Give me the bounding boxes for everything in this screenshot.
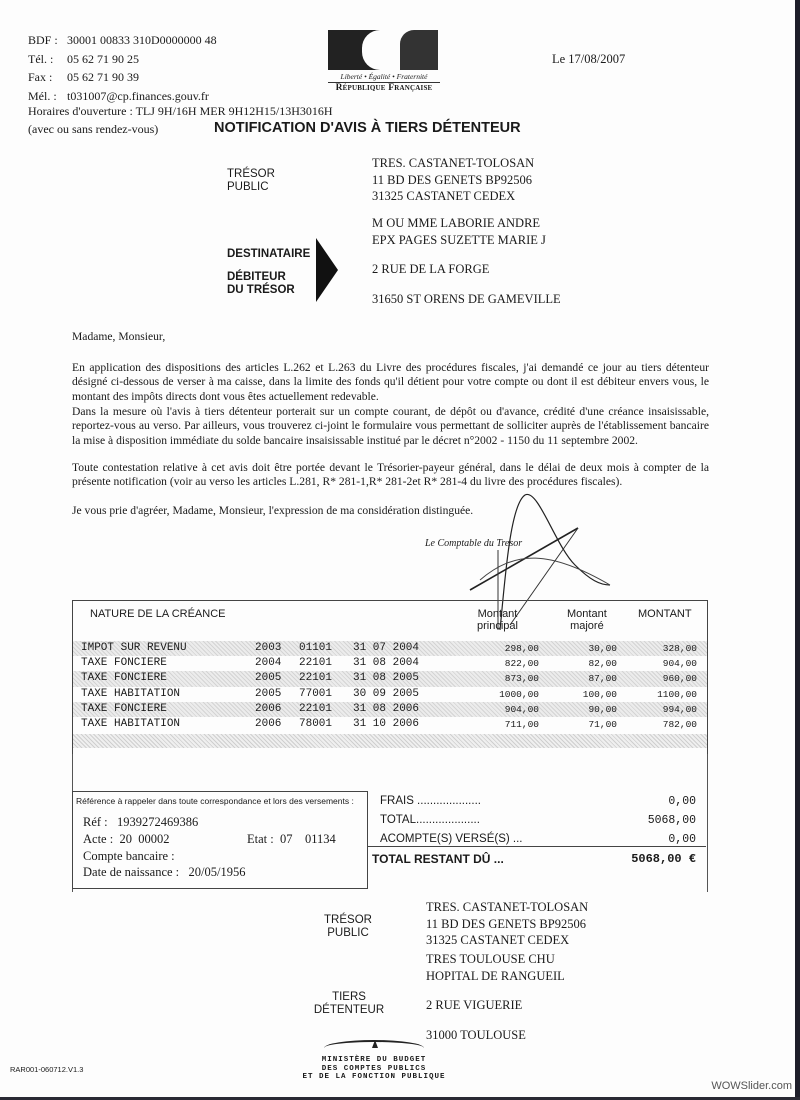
tresor-address-bottom: TRES. CASTANET-TOLOSAN 11 BD DES GENETS … [426, 899, 588, 949]
cell-nature: TAXE FONCIERE [81, 671, 167, 686]
cell-majore: 71,00 [588, 717, 617, 732]
cell-majore: 87,00 [588, 671, 617, 686]
contact-bdf: BDF : 30001 00833 310D0000000 48 [28, 31, 217, 50]
cell-due: 31 07 2004 [353, 641, 419, 656]
header-nature: NATURE DE LA CRÉANCE [90, 608, 226, 620]
header-majore: Montant majoré [567, 608, 607, 632]
cell-montant: 328,00 [663, 641, 697, 656]
debtor-label: DÉBITEUR DU TRÉSOR [227, 271, 295, 297]
cell-nature: TAXE FONCIERE [81, 656, 167, 671]
cell-montant: 960,00 [663, 671, 697, 686]
cell-principal: 711,00 [505, 717, 539, 732]
cell-year: 2006 [255, 717, 281, 732]
cell-year: 2003 [255, 641, 281, 656]
cell-year: 2004 [255, 656, 281, 671]
paragraph-3: Toute contestation relative à cet avis d… [72, 461, 709, 490]
header-principal: Montant principal [477, 608, 518, 632]
marianne-icon [328, 30, 440, 70]
cell-due: 31 08 2005 [353, 671, 419, 686]
republique-francaise-logo: Liberté • Égalité • Fraternité Républiqu… [328, 30, 440, 93]
reference-box: Référence à rappeler dans toute correspo… [72, 791, 368, 889]
cell-due: 31 10 2006 [353, 717, 419, 732]
table-shading [73, 734, 707, 748]
form-version: RAR001-060712.V1.3 [10, 1065, 83, 1074]
acte-number: Acte : 20 00002 [83, 832, 169, 847]
cell-nature: TAXE HABITATION [81, 687, 180, 702]
cell-code: 01101 [299, 641, 332, 656]
claims-table-body: IMPOT SUR REVENU20030110131 07 2004298,0… [73, 641, 707, 732]
recipient-name: M OU MME LABORIE ANDRE EPX PAGES SUZETTE… [372, 215, 546, 248]
recipient-city: 31650 ST ORENS DE GAMEVILLE [372, 291, 561, 308]
bank-account: Compte bancaire : [83, 849, 175, 864]
reference-number: Réf : 1939272469386 [83, 815, 198, 830]
total-value: 5068,00 [648, 814, 696, 827]
recipient-street: 2 RUE DE LA FORGE [372, 261, 489, 278]
reference-caption: Référence à rappeler dans toute correspo… [76, 796, 354, 806]
cell-due: 31 08 2006 [353, 702, 419, 717]
cell-montant: 1100,00 [657, 687, 697, 702]
restant-label: TOTAL RESTANT DÛ ... [372, 852, 504, 866]
cell-principal: 298,00 [505, 641, 539, 656]
paragraph-1: En application des dispositions des arti… [72, 361, 709, 404]
cell-nature: TAXE HABITATION [81, 717, 180, 732]
table-row: TAXE FONCIERE20062210131 08 2006904,0090… [73, 702, 707, 717]
etat-number: Etat : 07 01134 [247, 832, 336, 847]
cell-principal: 822,00 [505, 656, 539, 671]
claims-table-header: NATURE DE LA CRÉANCE Montant principal M… [73, 601, 707, 641]
cell-year: 2005 [255, 671, 281, 686]
tiers-label: TIERS DÉTENTEUR [304, 991, 394, 1017]
totals-divider [368, 846, 706, 847]
cell-year: 2005 [255, 687, 281, 702]
cell-majore: 30,00 [588, 641, 617, 656]
ministere-logo: MINISTÈRE DU BUDGET DES COMPTES PUBLICS … [294, 1040, 454, 1082]
table-row: TAXE FONCIERE20042210131 08 2004822,0082… [73, 656, 707, 671]
table-row: TAXE HABITATION20057700130 09 20051000,0… [73, 687, 707, 702]
total-label: TOTAL.................... [380, 814, 480, 826]
contact-tel: Tél. : 05 62 71 90 25 [28, 50, 217, 69]
cell-due: 30 09 2005 [353, 687, 419, 702]
contact-fax: Fax : 05 62 71 90 39 [28, 68, 217, 87]
birth-date: Date de naissance : 20/05/1956 [83, 865, 245, 880]
cell-code: 78001 [299, 717, 332, 732]
opening-hours: Horaires d'ouverture : TLJ 9H/16H MER 9H… [28, 104, 333, 119]
restant-value: 5068,00 € [631, 852, 696, 866]
cell-code: 22101 [299, 702, 332, 717]
cell-principal: 873,00 [505, 671, 539, 686]
cell-year: 2006 [255, 702, 281, 717]
arrow-right-icon [316, 238, 338, 302]
contact-block: BDF : 30001 00833 310D0000000 48 Tél. : … [28, 31, 217, 105]
sender-label: TRÉSOR PUBLIC [227, 168, 275, 194]
cell-majore: 82,00 [588, 656, 617, 671]
cell-principal: 904,00 [505, 702, 539, 717]
tiers-name: TRES TOULOUSE CHU HOPITAL DE RANGUEIL [426, 951, 565, 984]
frais-value: 0,00 [668, 795, 696, 808]
recipient-label: DESTINATAIRE [227, 248, 310, 261]
acompte-label: ACOMPTE(S) VERSÉ(S) ... [380, 833, 523, 845]
cell-due: 31 08 2004 [353, 656, 419, 671]
cell-majore: 100,00 [583, 687, 617, 702]
paragraph-2: Dans la mesure où l'avis à tiers détente… [72, 405, 709, 448]
table-row: IMPOT SUR REVENU20030110131 07 2004298,0… [73, 641, 707, 656]
page-edge-right [795, 0, 800, 1100]
cell-code: 22101 [299, 671, 332, 686]
acompte-value: 0,00 [668, 833, 696, 846]
table-row: TAXE HABITATION20067800131 10 2006711,00… [73, 717, 707, 732]
contact-email: Mél. : t031007@cp.finances.gouv.fr [28, 87, 217, 106]
cell-code: 22101 [299, 656, 332, 671]
cell-montant: 904,00 [663, 656, 697, 671]
tresor-label-bottom: TRÉSOR PUBLIC [318, 914, 378, 940]
frais-label: FRAIS .................... [380, 795, 481, 807]
watermark: WOWSlider.com [711, 1080, 792, 1092]
cell-nature: IMPOT SUR REVENU [81, 641, 187, 656]
cell-montant: 994,00 [663, 702, 697, 717]
cell-principal: 1000,00 [499, 687, 539, 702]
salutation: Madame, Monsieur, [72, 330, 709, 344]
tiers-street: 2 RUE VIGUERIE [426, 997, 522, 1014]
cell-majore: 90,00 [588, 702, 617, 717]
claims-table: NATURE DE LA CRÉANCE Montant principal M… [72, 600, 708, 755]
appointment-note: (avec ou sans rendez-vous) [28, 122, 158, 137]
document-date: Le 17/08/2007 [552, 52, 625, 67]
cell-code: 77001 [299, 687, 332, 702]
logo-name: République Française [328, 83, 440, 93]
logo-motto: Liberté • Égalité • Fraternité [328, 72, 440, 83]
header-montant: MONTANT [638, 608, 692, 620]
sender-address: TRES. CASTANET-TOLOSAN 11 BD DES GENETS … [372, 155, 534, 205]
cell-montant: 782,00 [663, 717, 697, 732]
table-row: TAXE FONCIERE20052210131 08 2005873,0087… [73, 671, 707, 686]
cell-nature: TAXE FONCIERE [81, 702, 167, 717]
ministere-emblem-icon [324, 1040, 424, 1056]
document-title: NOTIFICATION D'AVIS À TIERS DÉTENTEUR [214, 120, 521, 136]
